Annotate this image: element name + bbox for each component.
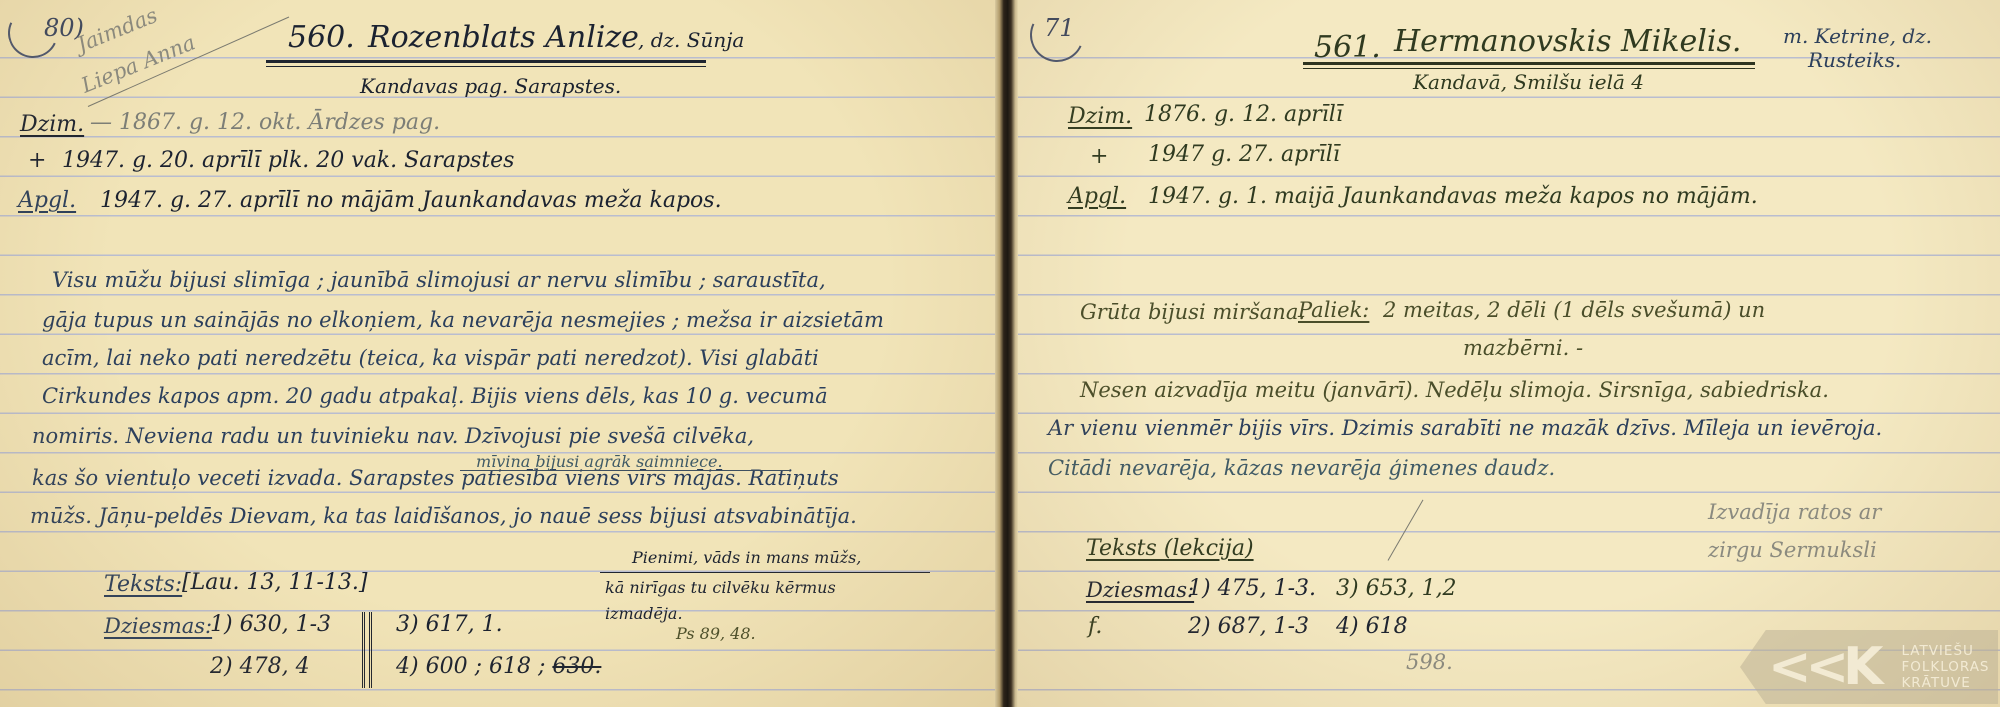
survivors-continued: mazbērni. - xyxy=(1463,336,1583,360)
logo-text: LATVIEŠU FOLKLORAS KRĀTUVE xyxy=(1901,643,1989,691)
double-bar xyxy=(362,612,372,688)
entry-name: Rozenblats Anlize xyxy=(368,20,639,55)
interlinear-note: mīvina bijusi agrāk saimniece. xyxy=(476,452,723,471)
logo-line-3: KRĀTUVE xyxy=(1901,675,1989,691)
song-ref-1: 1) 630, 1-3 xyxy=(210,612,331,637)
songs-label: Dziesmas: xyxy=(104,614,212,638)
song-ref-4: 4) 600 ; 618 ; 630. xyxy=(396,654,601,679)
died-value: 1947 g. 27. aprīlī xyxy=(1148,142,1340,167)
song-ref-2: 2) 478, 4 xyxy=(210,654,310,679)
narrative-line: mūžs. Jāņu-peldēs Dievam, ka tas laidīša… xyxy=(30,504,857,528)
side-note-line-1: Pienimi, vāds in mans mūžs, xyxy=(632,548,861,567)
buried-label: Apgl. xyxy=(18,188,76,213)
died-label: + xyxy=(28,148,46,173)
narrative-line: Nesen aizvadīja meitu (janvārī). Nedēļu … xyxy=(1080,378,1829,402)
side-note-line-2: kā nirīgas tu cilvēku kērmus xyxy=(605,578,836,597)
song-ref-3: 3) 617, 1. xyxy=(396,612,503,637)
lfk-logo-icon: <<K xyxy=(1768,641,1877,693)
survivors-label: Paliek: xyxy=(1298,298,1369,322)
page-number-circle xyxy=(1022,0,1091,69)
entry-name: Hermanovskis Mikelis. xyxy=(1394,24,1741,59)
texts-label: Teksts (lekcija) xyxy=(1086,536,1254,561)
entry-number: 561. xyxy=(1314,30,1381,65)
pencil-ref: 598. xyxy=(1406,650,1453,674)
died-value: 1947. g. 20. aprīlī plk. 20 vak. Sarapst… xyxy=(62,148,514,173)
paper-fiber xyxy=(1388,500,1424,561)
left-page: 80) Jaimdas Liepa Anna 560. Rozenblats A… xyxy=(0,0,995,707)
title-rule-2 xyxy=(266,66,706,67)
margin-note-line-1: m. Ketrine, dz. xyxy=(1783,24,1932,48)
location: Kandavā, Smilšu ielā 4 xyxy=(1413,70,1644,94)
interlinear-bracket xyxy=(460,470,790,471)
buried-label: Apgl. xyxy=(1068,184,1126,209)
born-value: 1876. g. 12. aprīlī xyxy=(1144,102,1343,127)
narrative-opening: Grūta bijusi miršana. xyxy=(1080,300,1305,324)
entry-number: 560. xyxy=(288,20,355,55)
location: Kandavas pag. Sarapstes. xyxy=(360,74,621,98)
page-number-circle xyxy=(1,1,65,65)
texts-label: Teksts: xyxy=(104,572,182,597)
texts-value: [Lau. 13, 11-13.] xyxy=(182,570,367,595)
right-page: 71 561. Hermanovskis Mikelis. m. Ketrine… xyxy=(1018,0,2000,707)
buried-value: 1947. g. 27. aprīlī no mājām Jaunkandava… xyxy=(100,188,722,213)
narrative-line: Visu mūžu bijusi slimīga ; jaunībā slimo… xyxy=(52,268,826,292)
narrative-line: Citādi nevarēja, kāzas nevarēja ģimenes … xyxy=(1048,456,1555,480)
narrative-line: nomiris. Neviena radu un tuvinieku nav. … xyxy=(32,424,754,448)
songs-label: Dziesmas: xyxy=(1086,578,1194,602)
logo-line-1: LATVIEŠU xyxy=(1901,643,1989,659)
narrative-line: acīm, lai neko pati neredzētu (teica, ka… xyxy=(42,346,819,370)
side-note-line-3: izmadēja. xyxy=(605,604,683,623)
song-ref-4: 4) 618 xyxy=(1336,614,1408,639)
maiden-name: , dz. Sūnja xyxy=(638,28,744,52)
title-rule xyxy=(1303,62,1755,65)
born-value: — 1867. g. 12. okt. Ārdzes pag. xyxy=(90,110,440,135)
margin-note-line-2: Rusteiks. xyxy=(1808,48,1901,72)
side-note-line-2: zirgu Sermuksli xyxy=(1708,538,1877,562)
song-ref-1: 1) 475, 1-3. xyxy=(1188,576,1316,601)
title-rule xyxy=(266,60,706,63)
buried-value: 1947. g. 1. maijā Jaunkandavas meža kapo… xyxy=(1148,184,1758,209)
survivors-value: 2 meitas, 2 dēli (1 dēls svešumā) un xyxy=(1383,298,1765,322)
psalm-ref: Ps 89, 48. xyxy=(676,624,756,643)
narrative-line: gāja tupus un sainājās no elkoņiem, ka n… xyxy=(42,308,884,332)
notebook-spread: 80) Jaimdas Liepa Anna 560. Rozenblats A… xyxy=(0,0,2000,707)
archive-logo: <<K LATVIEŠU FOLKLORAS KRĀTUVE xyxy=(1740,630,1998,704)
title-rule-2 xyxy=(1303,68,1755,69)
born-label: Dzim. xyxy=(20,112,84,137)
notebook-spine xyxy=(995,0,1018,707)
song-ref-2: 2) 687, 1-3 xyxy=(1188,614,1309,639)
logo-line-2: FOLKLORAS xyxy=(1901,659,1989,675)
narrative-line: Ar vienu vienmēr bijis vīrs. Dzimis sara… xyxy=(1048,416,1882,440)
side-note-rule xyxy=(600,572,930,573)
born-label: Dzim. xyxy=(1068,104,1132,129)
f-label: f. xyxy=(1088,614,1102,639)
narrative-line: Cirkundes kapos apm. 20 gadu atpakaļ. Bi… xyxy=(42,384,828,408)
side-note-line-1: Izvadīja ratos ar xyxy=(1708,500,1881,524)
died-label: + xyxy=(1090,144,1108,169)
song-ref-3: 3) 653, 1,2 xyxy=(1336,576,1457,601)
